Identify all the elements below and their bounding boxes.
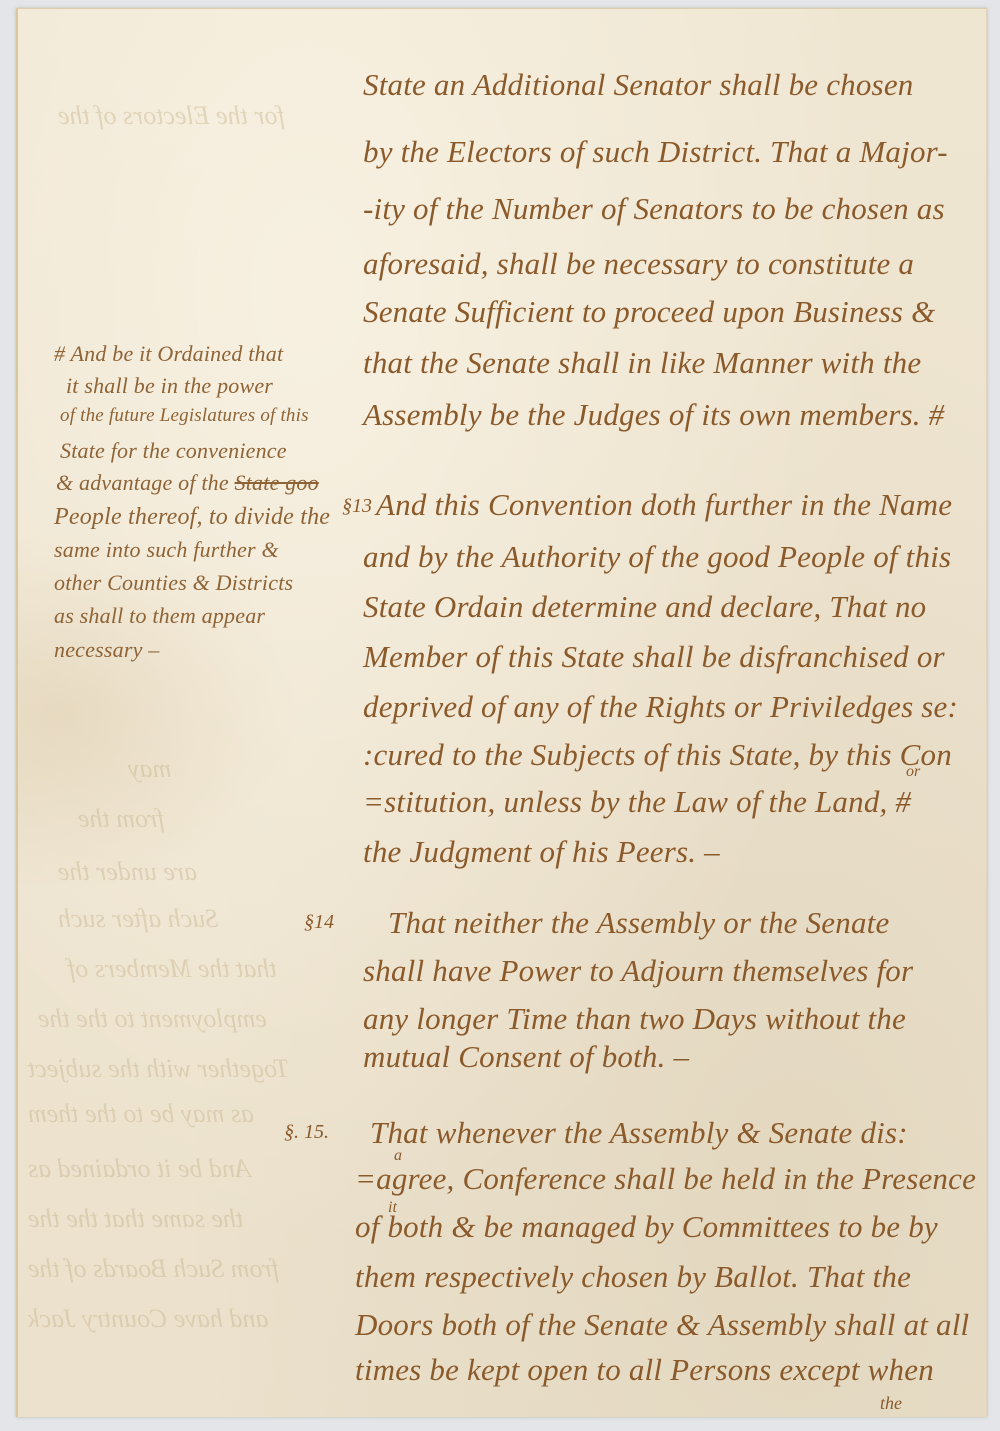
- text-line: Assembly be the Judges of its own member…: [363, 397, 944, 433]
- text-line: State Ordain determine and declare, That…: [363, 589, 926, 625]
- text-line: :cured to the Subjects of this State, by…: [363, 737, 952, 773]
- margin-line: State for the convenience: [60, 438, 287, 464]
- bleed-line: are under the: [58, 857, 197, 887]
- text-line: Doors both of the Senate & Assembly shal…: [355, 1307, 969, 1343]
- bleed-line: from Such Boards of the: [28, 1254, 279, 1284]
- margin-line: necessary –: [54, 637, 159, 663]
- bleed-line: and have Country Jack: [28, 1304, 268, 1334]
- margin-line: other Counties & Districts: [54, 570, 293, 596]
- margin-text: & advantage of the: [56, 470, 235, 495]
- bleed-line: the same that the the: [28, 1204, 243, 1234]
- text-line: shall have Power to Adjourn themselves f…: [363, 953, 913, 989]
- margin-line: it shall be in the power: [66, 373, 273, 399]
- manuscript-page: for the Electors of the may from the are…: [16, 8, 987, 1417]
- text-line: State an Additional Senator shall be cho…: [363, 67, 913, 103]
- text-line: That neither the Assembly or the Senate: [388, 905, 889, 941]
- struck-word: State goo: [235, 470, 319, 495]
- bleed-line: as may be to the them: [28, 1099, 254, 1129]
- catchword: the: [880, 1393, 902, 1414]
- section-number-14: §14: [304, 911, 334, 934]
- bleed-line: Together with the subject: [28, 1054, 289, 1084]
- section-number-13: §13: [342, 495, 372, 518]
- bleed-line: And be it ordained as: [28, 1154, 251, 1184]
- text-line: times be kept open to all Persons except…: [355, 1352, 934, 1388]
- bleed-line: from the: [78, 804, 164, 834]
- text-line: and by the Authority of the good People …: [363, 539, 951, 575]
- margin-line: of the future Legislatures of this: [60, 405, 309, 427]
- interlineation-or: or: [906, 763, 920, 781]
- text-line: aforesaid, shall be necessary to constit…: [363, 246, 914, 282]
- margin-line: as shall to them appear: [54, 603, 265, 629]
- text-line: of both & be managed by Committees to be…: [355, 1209, 938, 1245]
- text-line: any longer Time than two Days without th…: [363, 1001, 906, 1037]
- margin-line: same into such further &: [54, 537, 279, 563]
- bleed-line: employment to the the: [38, 1004, 267, 1034]
- text-line: Member of this State shall be disfranchi…: [363, 639, 945, 675]
- margin-line: # And be it Ordained that: [54, 341, 283, 367]
- text-line: them respectively chosen by Ballot. That…: [355, 1259, 911, 1295]
- text-line: the Judgment of his Peers. –: [363, 834, 720, 870]
- text-line: -ity of the Number of Senators to be cho…: [363, 191, 945, 227]
- bleed-line: that the Members of: [68, 954, 277, 984]
- text-line: Senate Sufficient to proceed upon Busine…: [363, 294, 935, 330]
- section-number-15: §. 15.: [284, 1121, 329, 1144]
- bleed-line: Such after such: [58, 904, 218, 934]
- margin-line: People thereof, to divide the: [54, 504, 330, 531]
- text-line: =stitution, unless by the Law of the Lan…: [363, 784, 911, 820]
- margin-line: & advantage of the State goo: [56, 470, 319, 496]
- text-line: And this Convention doth further in the …: [376, 487, 952, 523]
- bleed-line: may: [128, 754, 171, 784]
- bleed-line: for the Electors of the: [58, 101, 285, 131]
- text-line: mutual Consent of both. –: [363, 1039, 689, 1075]
- text-line: by the Electors of such District. That a…: [363, 134, 948, 170]
- text-line: That whenever the Assembly & Senate dis:: [370, 1115, 908, 1151]
- text-line: that the Senate shall in like Manner wit…: [363, 345, 921, 381]
- text-line: =agree, Conference shall be held in the …: [355, 1161, 976, 1197]
- text-line: deprived of any of the Rights or Privile…: [363, 689, 958, 725]
